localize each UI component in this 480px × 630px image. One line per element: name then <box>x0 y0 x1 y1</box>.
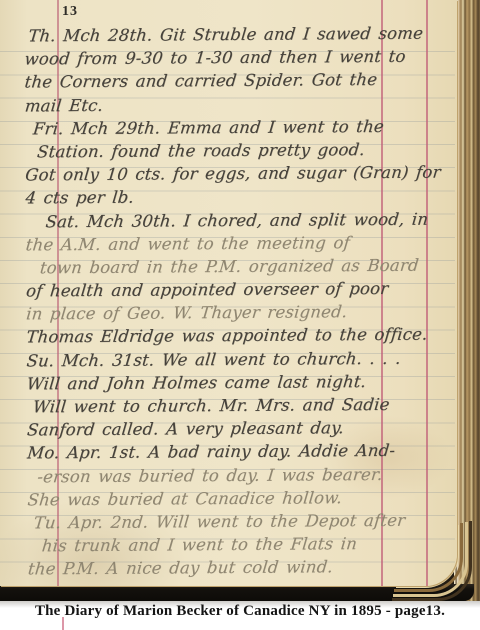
diary-line: She was buried at Canadice hollow. <box>26 485 440 511</box>
diary-line: Fri. Mch 29th. Emma and I went to the <box>24 114 438 140</box>
page-number: 13 <box>62 4 78 20</box>
diary-line: Sat. Mch 30th. I chored, and split wood,… <box>25 207 439 233</box>
book-photo: 13 Th. Mch 28th. Git Struble and I sawed… <box>0 0 480 601</box>
handwritten-entries: Th. Mch 28th. Git Struble and I sawed so… <box>23 22 439 581</box>
diary-line: Tu. Apr. 2nd. Will went to the Depot aft… <box>27 508 441 534</box>
diary-line: of health and appointed overseer of poor <box>25 277 439 303</box>
diary-line: -erson was buried to day. I was bearer. <box>26 462 440 488</box>
diary-scan-image: 13 Th. Mch 28th. Git Struble and I sawed… <box>0 0 480 630</box>
diary-line: Thomas Eldridge was appointed to the off… <box>25 323 439 349</box>
diary-line: the Corners and carried Spider. Got the <box>24 68 438 94</box>
diary-line: Will and John Holmes came last night. <box>26 369 440 395</box>
caption: The Diary of Marion Becker of Canadice N… <box>0 603 480 620</box>
diary-line: his trunk and I went to the Flats in <box>27 532 441 558</box>
diary-line: 4 cts per lb. <box>24 184 438 210</box>
diary-line: wood from 9-30 to 1-30 and then I went t… <box>23 45 437 71</box>
diary-line: Will went to church. Mr. Mrs. and Sadie <box>26 393 440 419</box>
diary-line: Mo. Apr. 1st. A bad rainy day. Addie And… <box>26 439 440 465</box>
diary-line: Got only 10 cts. for eggs, and sugar (Gr… <box>24 161 438 187</box>
diary-line: Station. found the roads pretty good. <box>24 137 438 163</box>
book-cover-edge <box>0 584 474 601</box>
diary-line: in place of Geo. W. Thayer resigned. <box>25 300 439 326</box>
scan-edge-artifact <box>62 617 64 630</box>
diary-line: Su. Mch. 31st. We all went to church. . … <box>25 346 439 372</box>
book-fore-edge-pages <box>454 0 480 601</box>
diary-line: town board in the P.M. organized as Boar… <box>25 253 439 279</box>
diary-page: 13 Th. Mch 28th. Git Struble and I sawed… <box>0 0 457 586</box>
diary-line: mail Etc. <box>24 91 438 117</box>
diary-line: the P.M. A nice day but cold wind. <box>27 555 441 581</box>
diary-line: Sanford called. A very pleasant day. <box>26 416 440 442</box>
diary-line: Th. Mch 28th. Git Struble and I sawed so… <box>23 22 437 48</box>
diary-line: the A.M. and went to the meeting of <box>25 230 439 256</box>
